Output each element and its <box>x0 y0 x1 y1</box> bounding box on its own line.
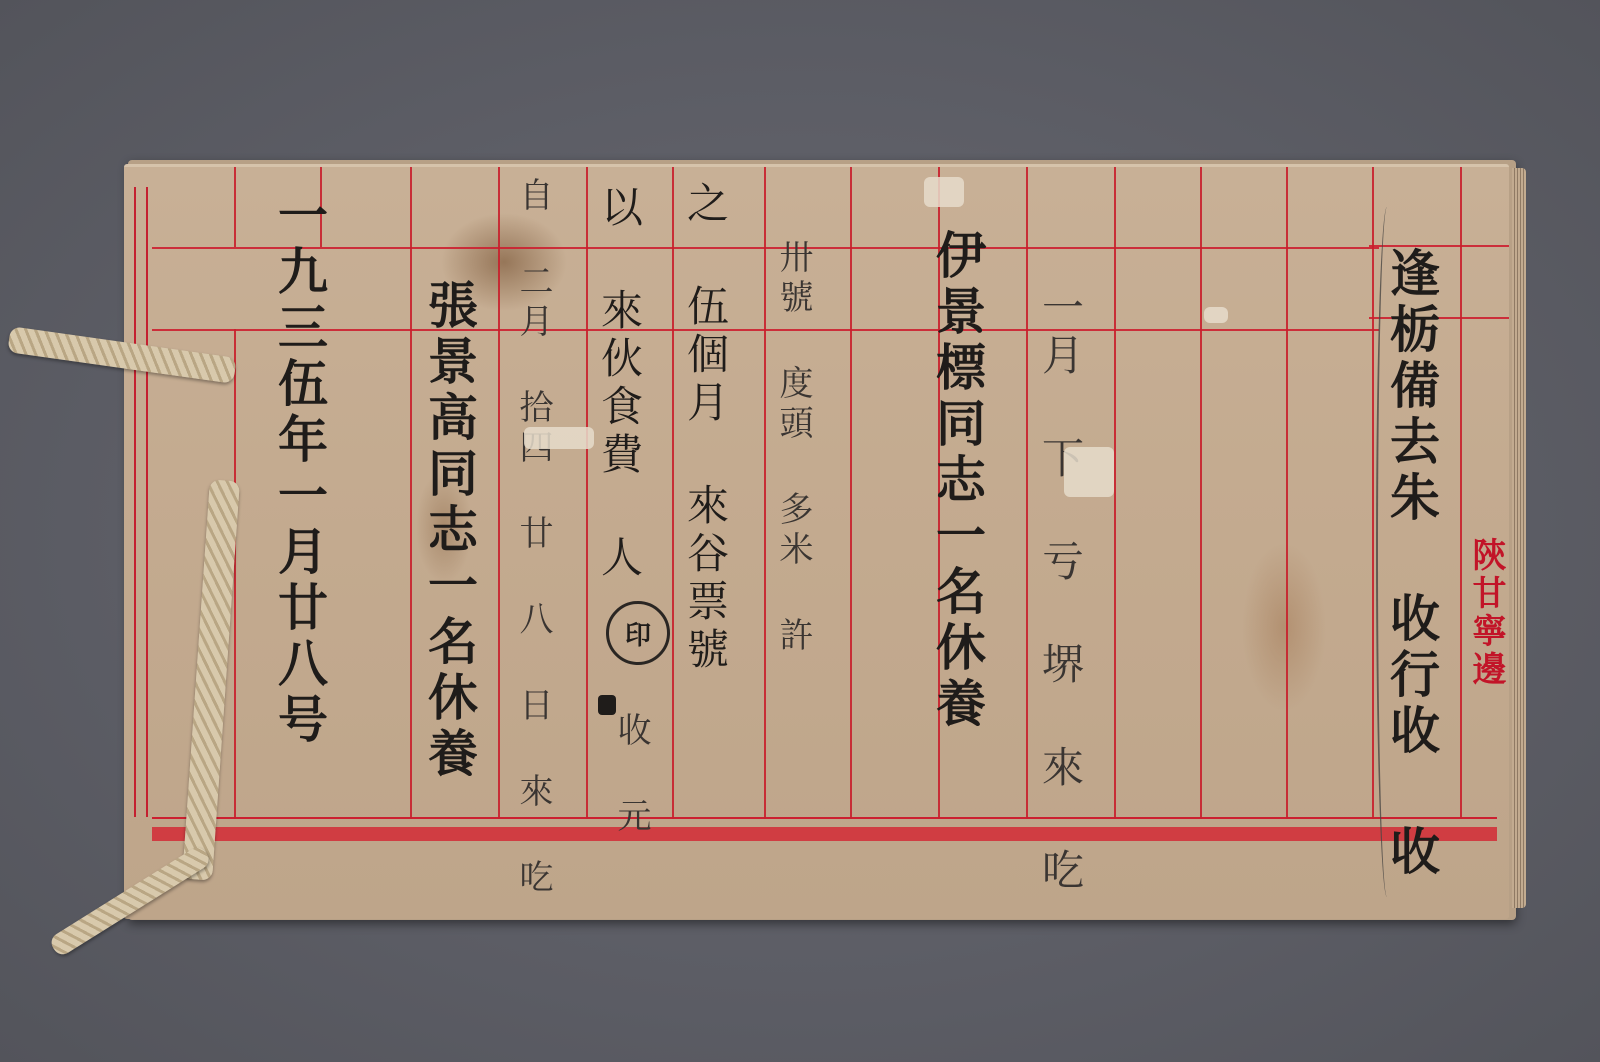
margin-rule <box>146 187 148 817</box>
entry-1-note: 一月 下 亏 堺 來 吃 <box>1039 285 1081 896</box>
entry-2-main: 之 伍個月 來谷票號 <box>684 181 726 675</box>
personal-seal: 印 <box>606 601 670 665</box>
page-edges <box>1512 168 1526 908</box>
grid-col-rule <box>498 167 500 819</box>
grid-col-rule <box>764 167 766 819</box>
entry-4-main: 張景高同志一名休養 <box>424 279 474 783</box>
grid-col-rule <box>850 167 852 819</box>
grid-col-rule <box>1286 167 1288 819</box>
header-column: 逢栃備去朱 收行收 收 <box>1386 247 1436 881</box>
paper-tear <box>924 177 964 207</box>
grid-col-rule <box>234 329 236 819</box>
grid-col-rule <box>1372 167 1374 819</box>
entry-1-main: 伊景標同志一名休養 <box>932 229 982 733</box>
footer-band <box>152 827 1497 841</box>
entry-2-note: 卅號 度頭 多米 許 <box>776 239 810 657</box>
grid-col-rule <box>1460 167 1462 819</box>
grid-col-rule <box>1200 167 1202 819</box>
entry-3-sign: 收 元 <box>614 712 648 838</box>
paper-tear <box>524 427 594 449</box>
seal-glyph: 印 <box>625 615 651 652</box>
entry-3-main: 以 來伙食費 人 <box>598 185 640 583</box>
grid-col-rule <box>1114 167 1116 819</box>
grid-col-rule <box>586 167 588 819</box>
paper-tear <box>1204 307 1228 323</box>
ledger-sheet: 逢栃備去朱 收行收 收 陝甘寧邊 一月 下 亏 堺 來 吃 伊景標同志一名休養 … <box>124 164 1509 919</box>
grid-col-rule <box>672 167 674 819</box>
red-stamp-text: 陝甘寧邊 <box>1462 537 1511 689</box>
entry-4-note: 自 二月 拾四 廿 八 日 來 吃 <box>516 177 550 899</box>
grid-col-rule <box>1026 167 1028 819</box>
margin-rule <box>134 187 136 817</box>
grid-col-rule <box>234 167 236 247</box>
grid-col-rule <box>410 167 412 819</box>
paper-tear <box>1064 447 1114 497</box>
date-column: 一九三伍年一月廿八号 <box>274 189 324 749</box>
footer-rule <box>152 817 1497 819</box>
